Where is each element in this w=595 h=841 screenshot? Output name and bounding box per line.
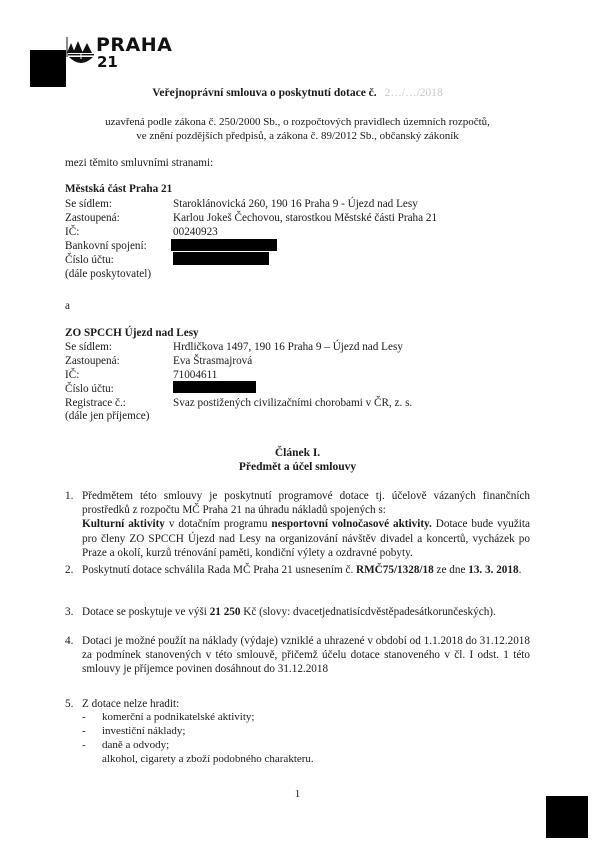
clause-number: 5. [65, 697, 73, 711]
praha-21-logo: PRAHA 21 [66, 35, 176, 75]
recipient-ico-label: IČ: [65, 369, 79, 381]
provider-rep-value: Karlou Jokeš Čechovou, starostkou Městsk… [173, 212, 437, 224]
recipient-ico-value: 71004611 [173, 369, 217, 381]
provider-bank-label: Bankovní spojení: [65, 240, 147, 252]
exclusion-text: daně a odvody; [102, 739, 169, 751]
exclusion-text: alkohol, cigarety a zboží podobného char… [102, 753, 314, 765]
provider-ico-value: 00240923 [173, 226, 218, 238]
clause-text: Předmětem této smlouvy je poskytnutí pro… [82, 490, 530, 516]
clause-text: Kč (slovy: dvacetjednatisícdvěstěpadesát… [240, 606, 495, 618]
provider-note: (dále poskytovatel) [65, 268, 151, 280]
clause-text: Dotaci je možné použít na náklady (výdaj… [82, 635, 530, 675]
contract-number: 2…/…/2018 [385, 87, 443, 99]
clause-text: . [519, 564, 522, 576]
clause-number: 1. [65, 489, 73, 503]
clause-text: v dotačním programu [165, 518, 271, 530]
recipient-seat-label: Se sídlem: [65, 341, 112, 353]
recipient-account-redaction [173, 381, 256, 393]
exclusion-item: -daně a odvody; [82, 739, 169, 751]
provider-rep-label: Zastoupená: [65, 212, 120, 224]
provider-seat-value: Staroklánovická 260, 190 16 Praha 9 - Új… [173, 198, 418, 210]
provider-name: Městská část Praha 21 [65, 183, 172, 195]
scan-marker-bottom-right [546, 796, 588, 838]
scan-marker-top-left [30, 50, 66, 87]
resolution-date: 13. 3. 2018 [468, 564, 518, 576]
clause-1: 1. Předmětem této smlouvy je poskytnutí … [65, 489, 530, 560]
clause-text: Z dotace nelze hradit: [82, 698, 179, 710]
recipient-seat-value: Hrdličkova 1497, 190 16 Praha 9 – Újezd … [173, 341, 403, 353]
page-number: 1 [0, 788, 595, 800]
grant-amount: 21 250 [210, 606, 241, 618]
recipient-rep-label: Zastoupená: [65, 355, 120, 367]
title-text: Veřejnoprávní smlouva o poskytnutí dotac… [152, 87, 376, 99]
recipient-registration-label: Registrace č.: [65, 397, 126, 409]
exclusion-item: -komerční a podnikatelské aktivity; [82, 711, 254, 723]
clause-number: 4. [65, 634, 73, 648]
clause-3: 3. Dotace se poskytuje ve výši 21 250 Kč… [65, 605, 530, 619]
resolution-number: RMČ75/1328/18 [356, 564, 434, 576]
provider-bank-redaction [171, 239, 277, 251]
document-title: Veřejnoprávní smlouva o poskytnutí dotac… [0, 87, 595, 99]
trees-emblem-icon [66, 35, 96, 75]
clause-4: 4. Dotaci je možné použít na náklady (vý… [65, 634, 530, 677]
provider-account-redaction [173, 252, 269, 265]
exclusion-text: investiční náklady; [102, 725, 185, 737]
clause-text: Poskytnutí dotace schválila Rada MČ Prah… [82, 564, 356, 576]
clause-2: 2. Poskytnutí dotace schválila Rada MČ P… [65, 563, 530, 577]
dash-bullet: - [82, 739, 102, 751]
recipient-name: ZO SPCCH Újezd nad Lesy [65, 327, 199, 339]
recipient-note: (dále jen příjemce) [65, 410, 149, 422]
parties-intro: mezi těmito smluvními stranami: [65, 157, 213, 169]
provider-seat-label: Se sídlem: [65, 198, 112, 210]
legal-basis-line-2: ve znění pozdějších předpisů, a zákona č… [0, 130, 595, 142]
recipient-rep-value: Eva Štrasmajrová [173, 355, 252, 367]
dash-bullet: - [82, 711, 102, 723]
article-heading: Článek I. [0, 447, 595, 459]
exclusion-item: alkohol, cigarety a zboží podobného char… [82, 753, 314, 765]
clause-text: ze dne [434, 564, 468, 576]
dash-bullet: - [82, 725, 102, 737]
recipient-registration-value: Svaz postižených civilizačními chorobami… [173, 397, 412, 409]
clause-bold-text: nesportovní volnočasové aktivity. [271, 518, 431, 530]
logo-wordmark: PRAHA [96, 35, 172, 55]
clause-number: 2. [65, 563, 73, 577]
exclusion-item: -investiční náklady; [82, 725, 185, 737]
provider-account-label: Číslo účtu: [65, 254, 114, 266]
exclusion-text: komerční a podnikatelské aktivity; [102, 711, 254, 723]
provider-ico-label: IČ: [65, 226, 79, 238]
legal-basis-line-1: uzavřená podle zákona č. 250/2000 Sb., o… [0, 116, 595, 128]
conjunction: a [65, 300, 70, 312]
article-subheading: Předmět a účel smlouvy [0, 461, 595, 473]
clause-bold-text: Kulturní aktivity [82, 518, 165, 530]
recipient-account-label: Číslo účtu: [65, 383, 114, 395]
clause-text: Dotace se poskytuje ve výši [82, 606, 210, 618]
clause-5: 5. Z dotace nelze hradit: [65, 697, 530, 711]
clause-number: 3. [65, 605, 73, 619]
logo-district-number: 21 [97, 54, 118, 70]
